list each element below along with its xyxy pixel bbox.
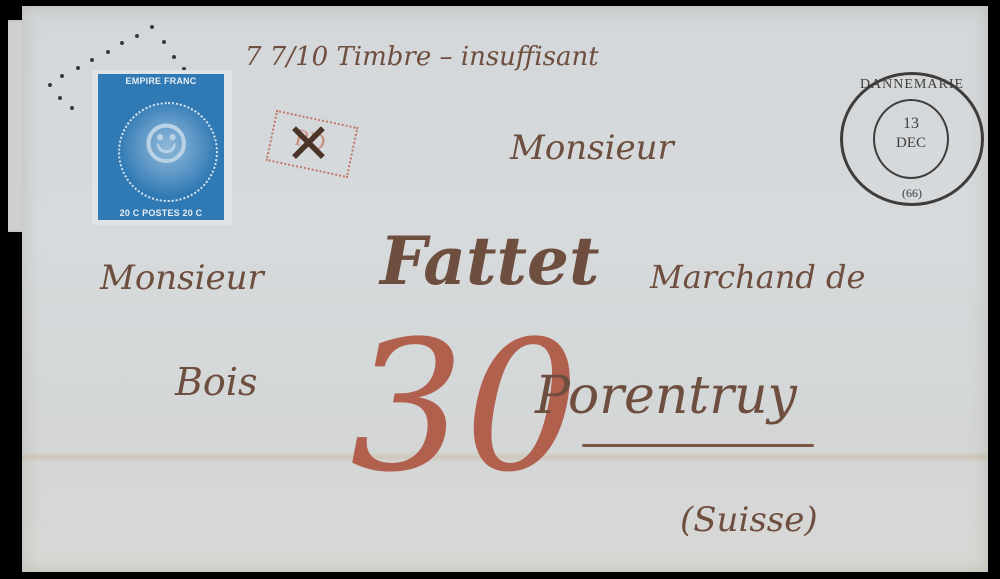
stamp-top-text: EMPIRE FRANC (98, 76, 224, 86)
address-line-2-prefix: Monsieur (100, 258, 264, 298)
postage-stamp: EMPIRE FRANC ☺ 20 C POSTES 20 C (92, 70, 232, 225)
address-line-3-prefix: Bois (175, 360, 257, 404)
stamp-medallion: ☺ (118, 102, 218, 202)
postmark-month: DEC (875, 135, 947, 152)
postmark-inner-ring: 13 DEC (873, 99, 949, 179)
address-line-2-suffix: Marchand de (650, 258, 865, 296)
cds-postmark: DANNEMARIE 13 DEC (66) (840, 72, 984, 206)
address-line-1: Monsieur (510, 128, 674, 168)
stamp-bottom-text: 20 C POSTES 20 C (98, 208, 224, 218)
portrait-icon: ☺ (142, 118, 190, 172)
top-note: 7 7/10 Timbre – insuffisant (245, 42, 599, 72)
postmark-dept: (66) (843, 186, 981, 201)
postmark-town: DANNEMARIE (843, 77, 981, 93)
postmark-day: 13 (875, 115, 947, 133)
stamp-inner: ☺ (108, 88, 214, 204)
address-name: Fattet (380, 222, 599, 300)
stamp-frame: EMPIRE FRANC ☺ 20 C POSTES 20 C (98, 74, 224, 220)
cross-mark: ✕ (285, 112, 332, 177)
city-underline (582, 444, 814, 447)
address-city: Porentruy (535, 366, 797, 426)
address-country: (Suisse) (680, 500, 818, 540)
